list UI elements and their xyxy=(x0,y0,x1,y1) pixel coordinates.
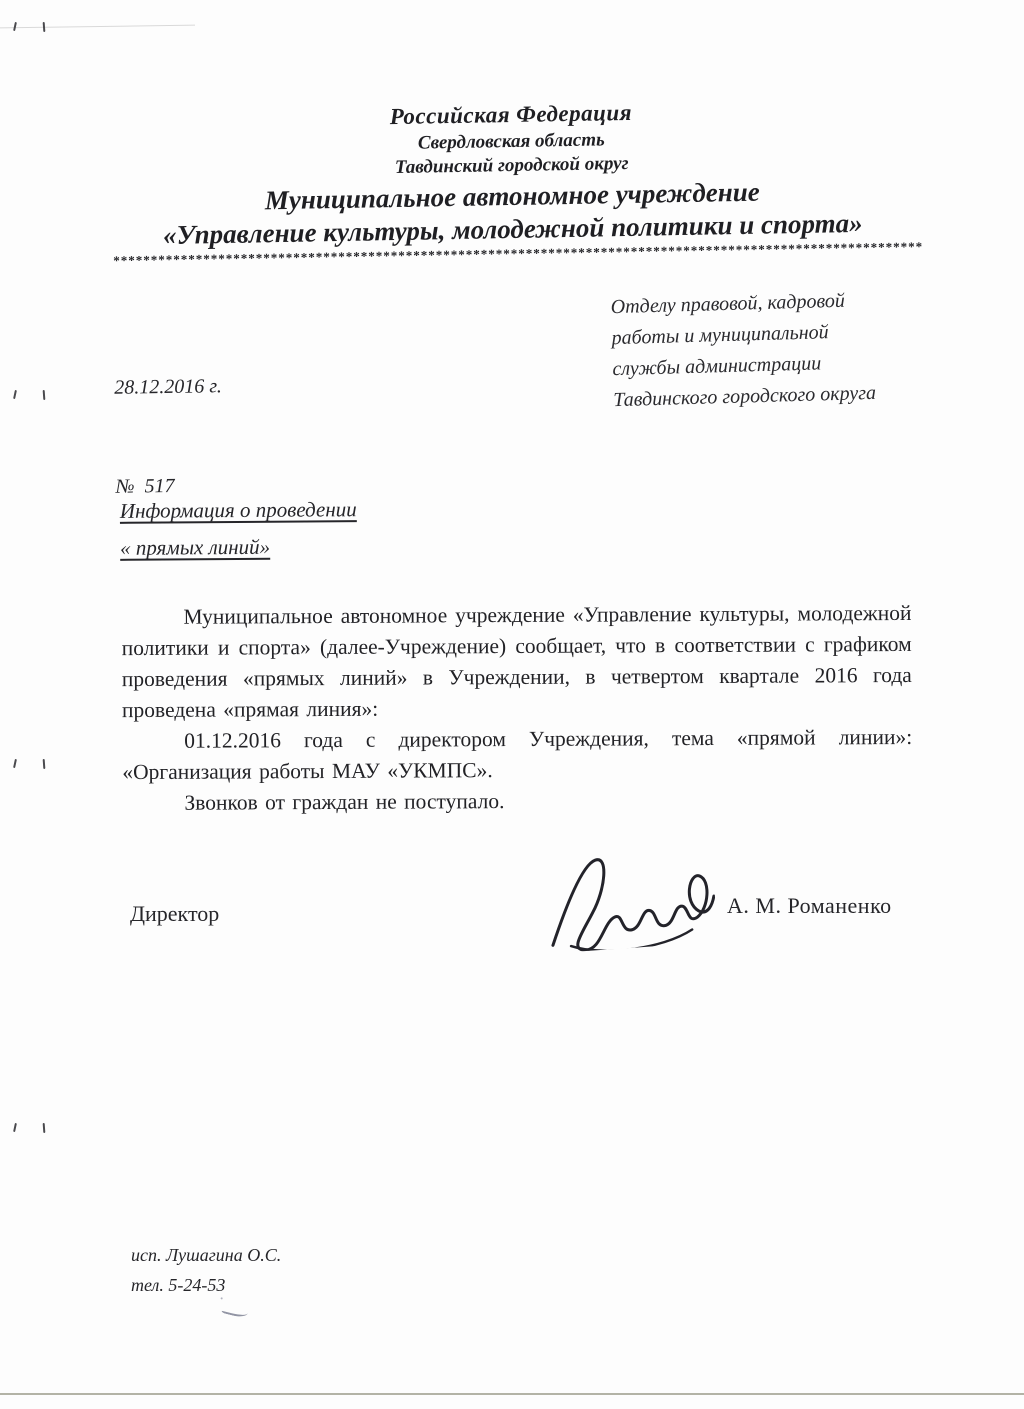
scan-edge-marks xyxy=(0,1121,60,1135)
scan-edge-marks xyxy=(0,20,60,34)
signer-name: А. М. Романенко xyxy=(727,893,892,919)
scanned-letter-page: Российская Федерация Свердловская област… xyxy=(0,0,1024,1409)
executor-block: исп. Лушагина О.С. тел. 5-24-53 xyxy=(131,1240,281,1300)
pen-speck-artifact xyxy=(221,1303,249,1319)
body-paragraph: Муниципальное автономное учреждение «Упр… xyxy=(121,598,912,726)
scan-bottom-edge xyxy=(0,1393,1024,1395)
subject-line: Информация о проведении xyxy=(120,491,357,530)
handwritten-signature-icon xyxy=(537,842,719,959)
letterhead: Российская Федерация Свердловская област… xyxy=(111,93,914,267)
letter-date: 28.12.2016 г. xyxy=(114,370,222,404)
executor-phone: тел. 5-24-53 xyxy=(131,1270,281,1300)
body-paragraph: Звонков от граждан не поступало. xyxy=(122,784,912,819)
scan-edge-marks xyxy=(0,388,60,402)
executor-name: исп. Лушагина О.С. xyxy=(131,1240,281,1270)
body-paragraph: 01.12.2016 года с директором Учреждения,… xyxy=(122,722,912,788)
addressee-block: Отделу правовой, кадровой работы и муниц… xyxy=(610,284,913,416)
subject-line: « прямых линий» xyxy=(120,528,357,567)
scan-edge-marks xyxy=(0,757,60,771)
signer-position: Директор xyxy=(130,901,219,927)
letter-body: Муниципальное автономное учреждение «Упр… xyxy=(121,598,912,819)
subject-block: Информация о проведении « прямых линий» xyxy=(120,491,357,567)
